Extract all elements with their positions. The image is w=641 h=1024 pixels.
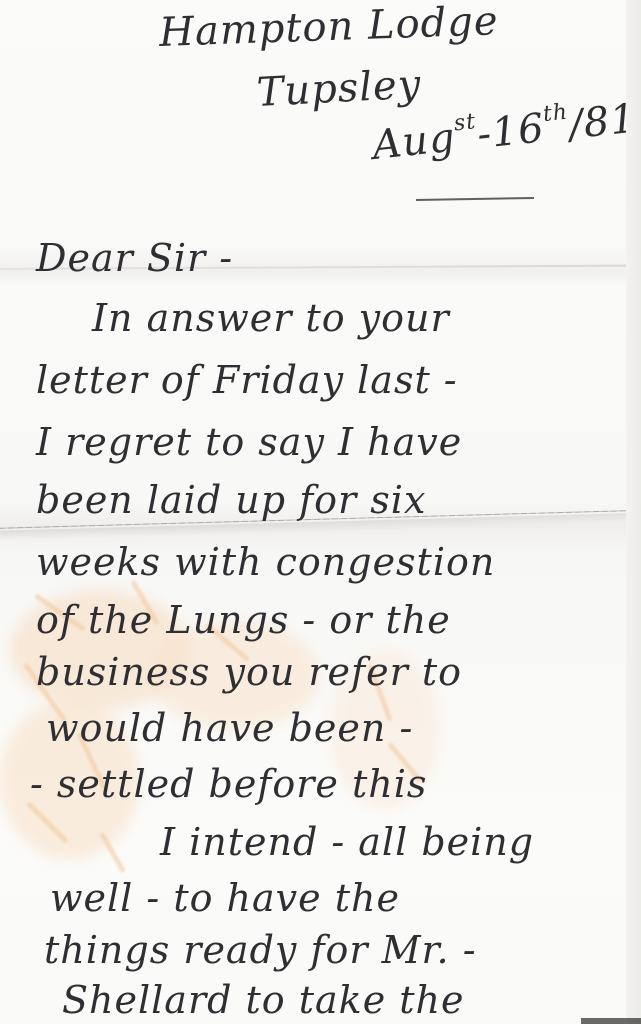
scan-corner-shadow bbox=[581, 1018, 641, 1024]
date-underline bbox=[416, 197, 534, 201]
letter-line-5: weeks with congestion bbox=[36, 540, 495, 584]
letter-line-8: would have been - bbox=[46, 706, 413, 750]
date-day-suffix: th bbox=[542, 100, 569, 127]
date-year: /81. bbox=[567, 94, 626, 148]
letter-line-10: I intend - all being bbox=[160, 820, 534, 864]
scan-edge bbox=[626, 0, 641, 1024]
date-month-suffix: st bbox=[453, 109, 478, 136]
salutation: Dear Sir - bbox=[36, 236, 233, 280]
date-month: Aug bbox=[370, 115, 458, 169]
letter-line-1: In answer to your bbox=[92, 296, 450, 340]
letter-line-12: things ready for Mr. - bbox=[44, 928, 477, 972]
letter-line-7: business you refer to bbox=[36, 650, 462, 694]
letter-line-3: I regret to say I have bbox=[36, 420, 462, 464]
letter-line-13: Shellard to take the bbox=[62, 978, 465, 1022]
address-line-1: Hampton Lodge bbox=[158, 0, 499, 56]
letter-line-2: letter of Friday last - bbox=[36, 358, 458, 402]
date-day: 16 bbox=[489, 105, 546, 156]
letter-line-6: of the Lungs - or the bbox=[36, 598, 451, 642]
letter-line-4: been laid up for six bbox=[36, 478, 426, 522]
letter-line-11: well - to have the bbox=[50, 876, 400, 920]
letter-line-9: - settled before this bbox=[30, 762, 427, 806]
address-line-2: Tupsley bbox=[256, 61, 423, 116]
letter-page: Hampton Lodge Tupsley Augst-16th/81. Dea… bbox=[0, 0, 626, 1024]
